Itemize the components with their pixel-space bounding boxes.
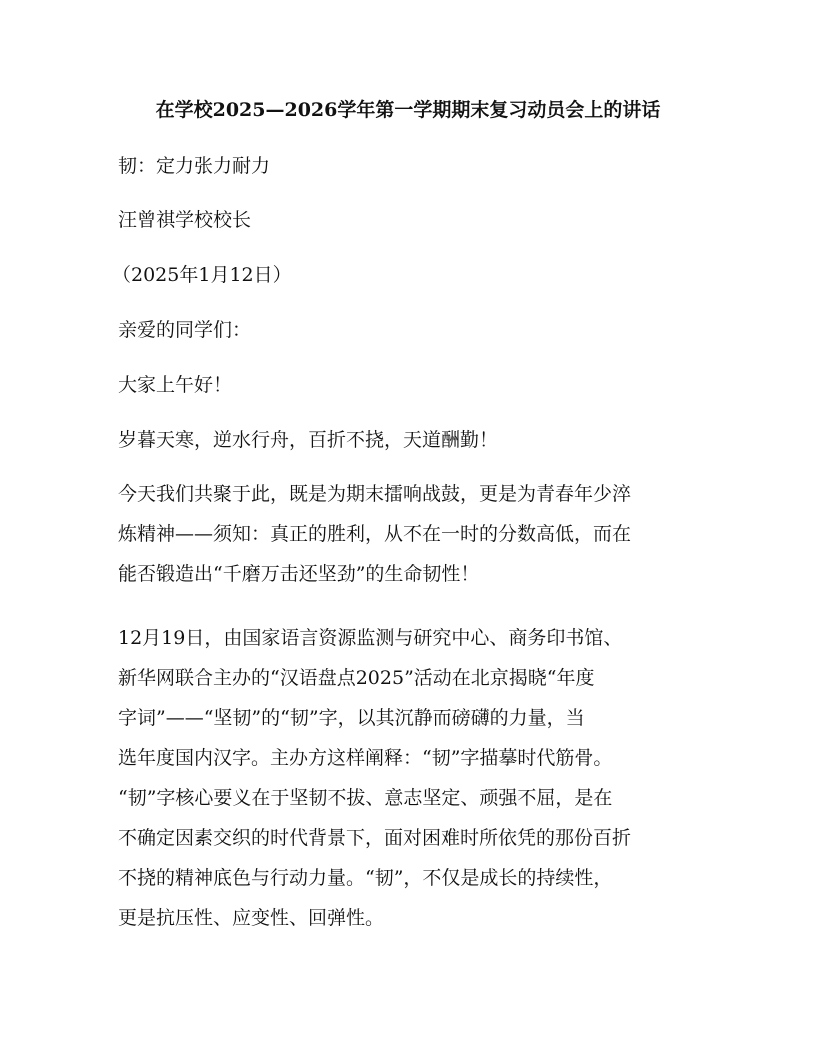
paragraph-line: 更是抗压性、应变性、回弹性。	[118, 898, 700, 938]
paragraph-2: 12月19日，由国家语言资源监测与研究中心、商务印书馆、 新华网联合主办的“汉语…	[118, 618, 700, 938]
greeting: 大家上午好！	[118, 371, 232, 399]
document-title: 在学校2025—2026学年第一学期期末复习动员会上的讲话	[0, 96, 816, 124]
paragraph-line: 选年度国内汉字。主办方这样阐释：“韧”字描摹时代筋骨。	[118, 738, 700, 778]
author: 汪曾祺学校校长	[118, 206, 251, 234]
paragraph-line: 12月19日，由国家语言资源监测与研究中心、商务印书馆、	[118, 618, 700, 658]
paragraph-line: 炼精神——须知：真正的胜利，从不在一时的分数高低，而在	[118, 514, 700, 554]
paragraph-line: 能否锻造出“千磨万击还坚劲”的生命韧性！	[118, 554, 700, 594]
paragraph-line: 新华网联合主办的“汉语盘点2025”活动在北京揭晓“年度	[118, 658, 700, 698]
document-page: 在学校2025—2026学年第一学期期末复习动员会上的讲话 韧：定力张力耐力 汪…	[0, 0, 816, 1056]
paragraph-line: “韧”字核心要义在于坚韧不拔、意志坚定、顽强不屈，是在	[118, 778, 700, 818]
paragraph-line: 不确定因素交织的时代背景下，面对困难时所依凭的那份百折	[118, 818, 700, 858]
paragraph-1: 今天我们共聚于此，既是为期末擂响战鼓，更是为青春年少淬 炼精神——须知：真正的胜…	[118, 474, 700, 594]
paragraph-line: 今天我们共聚于此，既是为期末擂响战鼓，更是为青春年少淬	[118, 474, 700, 514]
paragraph-line: 不挠的精神底色与行动力量。“韧”，不仅是成长的持续性，	[118, 858, 700, 898]
paragraph-line: 字词”——“坚韧”的“韧”字，以其沉静而磅礴的力量，当	[118, 698, 700, 738]
date: （2025年1月12日）	[112, 261, 292, 289]
subtitle: 韧：定力张力耐力	[118, 152, 270, 180]
opening-line: 岁暮天寒，逆水行舟，百折不挠，天道酬勤！	[118, 426, 498, 454]
salutation: 亲爱的同学们：	[118, 316, 251, 344]
